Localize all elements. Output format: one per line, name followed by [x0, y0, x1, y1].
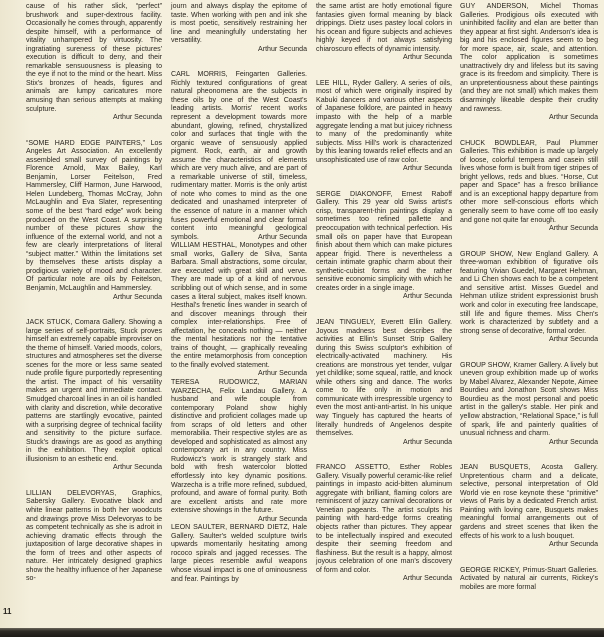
- review-author: Arthur Secunda: [316, 54, 452, 63]
- review-carl-morris: CARL MORRIS, Feingarten Galleries. Richl…: [171, 71, 307, 242]
- review-lillian-delevoryas: LILLIAN DELEVORYAS, Graphics, Sabersky G…: [26, 490, 162, 584]
- review-author: Arthur Secunda: [258, 234, 307, 243]
- review-author: Arthur Secunda: [460, 114, 598, 123]
- review-guy-anderson: GUY ANDERSON, Michel Thomas Galleries. P…: [460, 3, 598, 123]
- review-text: WILLIAM HESTHAL, Monotypes and other sma…: [171, 242, 307, 370]
- review-group-show-kramer: GROUP SHOW, Kramer Gallery. A lively but…: [460, 362, 598, 447]
- text-column-4: GUY ANDERSON, Michel Thomas Galleries. P…: [460, 3, 598, 592]
- review-author: Arthur Secunda: [171, 46, 307, 55]
- review-jack-stuck: JACK STUCK, Comara Gallery. Showing a la…: [26, 319, 162, 473]
- review-lee-hill: LEE HILL, Ryder Gallery. A series of oil…: [316, 80, 452, 174]
- review-author: Arthur Secunda: [460, 336, 598, 345]
- review-author: Arthur Secunda: [460, 225, 598, 234]
- review-william-hesthal: WILLIAM HESTHAL, Monotypes and other sma…: [171, 242, 307, 370]
- review-text: JEAN BUSQUETS, Acosta Gallery. Unpretent…: [460, 464, 598, 541]
- review-text: journ and always display the epitome of …: [171, 3, 307, 46]
- review-text: TERESA RUDOWICZ, MARIAN WARZECHA, Felix …: [171, 379, 307, 516]
- page-number: 11: [3, 607, 11, 616]
- review-text: GROUP SHOW, Kramer Gallery. A lively but…: [460, 362, 598, 439]
- review-george-rickey: GEORGE RICKEY, Primus-Stuart Galleries. …: [460, 567, 598, 593]
- text-column-3: the same artist are hotly emotional figu…: [316, 3, 452, 584]
- review-rudowicz-warzecha: TERESA RUDOWICZ, MARIAN WARZECHA, Felix …: [171, 379, 307, 516]
- review-jean-busquets: JEAN BUSQUETS, Acosta Gallery. Unpretent…: [460, 464, 598, 549]
- review-author: Arthur Secunda: [316, 165, 452, 174]
- review-text: JACK STUCK, Comara Gallery. Showing a la…: [26, 319, 162, 464]
- review-author: Arthur Secunda: [258, 370, 307, 379]
- review-continuation-dietz: the same artist are hotly emotional figu…: [316, 3, 452, 63]
- review-text: FRANCO ASSETTO, Esther Robles Gallery. V…: [316, 464, 452, 575]
- review-text: GUY ANDERSON, Michel Thomas Galleries. P…: [460, 3, 598, 114]
- review-author: Arthur Secunda: [460, 541, 598, 550]
- magazine-page: cause of his rather slick, “perfect” bru…: [0, 0, 604, 637]
- page-bottom-edge: [0, 628, 604, 637]
- review-author: Arthur Secunda: [316, 575, 452, 584]
- review-author: Arthur Secunda: [26, 294, 162, 303]
- review-author: Arthur Secunda: [316, 439, 452, 448]
- review-serge-diakonoff: SERGE DIAKONOFF, Ernest Raboff Gallery. …: [316, 191, 452, 302]
- review-saulter-dietz: LEON SAULTER, BERNARD DIETZ, Hale Galler…: [171, 524, 307, 584]
- review-continuation-stix: cause of his rather slick, “perfect” bru…: [26, 3, 162, 123]
- review-text: LILLIAN DELEVORYAS, Graphics, Sabersky G…: [26, 490, 162, 584]
- review-text: the same artist are hotly emotional figu…: [316, 3, 452, 54]
- review-text: LEON SAULTER, BERNARD DIETZ, Hale Galler…: [171, 524, 307, 584]
- text-column-1: cause of his rather slick, “perfect” bru…: [26, 3, 162, 584]
- text-column-2: journ and always display the epitome of …: [171, 3, 307, 584]
- review-text: GEORGE RICKEY, Primus-Stuart Galleries. …: [460, 567, 598, 593]
- review-text: SERGE DIAKONOFF, Ernest Raboff Gallery. …: [316, 191, 452, 294]
- review-author: Arthur Secunda: [316, 293, 452, 302]
- review-text: LEE HILL, Ryder Gallery. A series of oil…: [316, 80, 452, 165]
- review-chuck-bowdlear: CHUCK BOWDLEAR, Paul Plummer Galleries. …: [460, 140, 598, 234]
- review-text: CARL MORRIS, Feingarten Galleries. Richl…: [171, 71, 307, 242]
- review-group-show-new-england: GROUP SHOW, New England Gallery. A three…: [460, 251, 598, 345]
- review-author: Arthur Secunda: [460, 439, 598, 448]
- review-author: Arthur Secunda: [26, 114, 162, 123]
- review-text: GROUP SHOW, New England Gallery. A three…: [460, 251, 598, 336]
- review-text: JEAN TINGUELY, Everett Ellin Gallery. Jo…: [316, 319, 452, 439]
- review-author: Arthur Secunda: [26, 464, 162, 473]
- review-jean-tinguely: JEAN TINGUELY, Everett Ellin Gallery. Jo…: [316, 319, 452, 447]
- review-text: cause of his rather slick, “perfect” bru…: [26, 3, 162, 114]
- review-continuation-delevoryas: journ and always display the epitome of …: [171, 3, 307, 54]
- review-text: “SOME HARD EDGE PAINTERS,” Los Angeles A…: [26, 140, 162, 294]
- review-text: CHUCK BOWDLEAR, Paul Plummer Galleries. …: [460, 140, 598, 225]
- review-author: Arthur Secunda: [258, 516, 307, 525]
- review-hard-edge-painters: “SOME HARD EDGE PAINTERS,” Los Angeles A…: [26, 140, 162, 302]
- review-franco-assetto: FRANCO ASSETTO, Esther Robles Gallery. V…: [316, 464, 452, 584]
